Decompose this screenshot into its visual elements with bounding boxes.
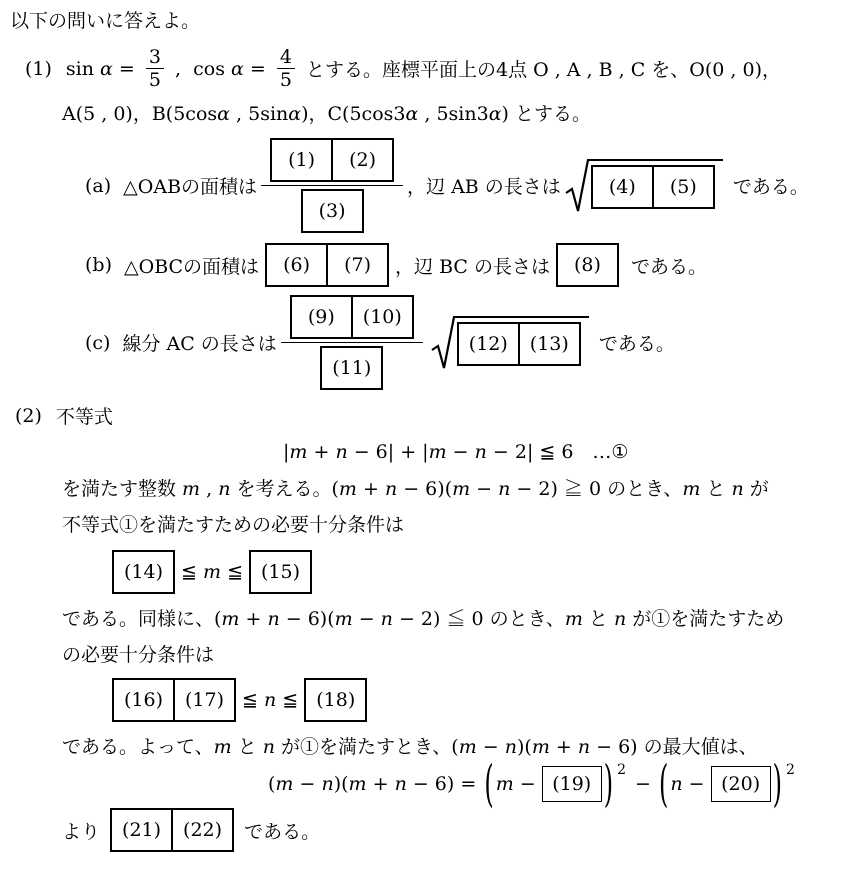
math-run: ≦ [221,561,249,583]
problem-2-line-2: 不等式①を満たすための必要十分条件は [62,512,404,538]
question-b-text-1: △OBCの面積は [124,252,259,279]
fraction-denominator: 5 [277,68,295,91]
question-b-text-3: である。 [625,252,707,279]
math-run: n [475,441,487,463]
math-run: m [182,476,200,502]
math-run: − 2) ≦ 0 のとき、 [393,606,565,632]
answer-box-18: (18) [304,678,367,722]
math-text: ≦ m ≦ [175,561,249,583]
math-run: n [218,476,230,502]
math-text: n − [670,773,710,795]
math-run: n [263,734,275,760]
boxed-fraction-c: (9) (10) (11) [281,295,423,390]
math-run: − [447,441,475,463]
math-run: m [565,606,583,632]
fraction-numerator: 3 [146,46,164,68]
answer-box-group: (4) (5) [591,165,715,209]
sqrt-expression-a: (4) (5) [565,157,723,215]
math-run: 不等式 [56,402,113,429]
math-text: ≦ n ≦ [236,689,304,711]
answer-box-21: (21) [110,808,173,852]
math-run: m [275,773,293,795]
math-run: n [505,734,517,760]
math-run: ，辺 AB の長さは [407,172,561,199]
answer-box-20: (20) [711,766,771,802]
math-run: − 2) ≧ 0 のとき、 [510,476,682,502]
math-run: − 2| ≦ 6 …① [487,437,629,464]
problem-2-line-5: である。よって、m と n が①を満たすとき、(m − n)(m + n − 6… [62,734,758,760]
n-range-expression: (16) (17) ≦ n ≦ (18) [112,678,847,722]
math-run: 線分 AC の長さは [122,329,276,356]
problem-1-label: (1) [25,58,52,80]
math-run: 不等式①を満たすための必要十分条件は [62,512,404,538]
math-run: △OBCの面積は [124,252,259,279]
math-run: n [385,476,397,502]
math-run: △OABの面積は [123,172,257,199]
intro-text: 以下の問いに答えよ。 [10,8,847,34]
math-run: ) とする。 [502,99,591,126]
answer-box-group: (8) [556,243,619,287]
question-c-text-1: 線分 AC の長さは [122,329,276,356]
math-run: と [700,476,731,502]
math-run: ≦ [276,689,304,711]
math-text: sin α = [66,58,141,80]
question-c-label: (c) [85,332,110,354]
math-run: n [498,476,510,502]
question-a-text-2: ，辺 AB の長さは [407,172,561,199]
math-run: m [203,561,221,583]
math-run: と [583,606,614,632]
math-run: − [353,606,381,632]
math-run: が [744,476,769,502]
math-run: α [405,103,418,125]
math-run: とする。座標平面上の4点 O , A , B , C を、O(0 , 0)， [300,55,781,82]
math-run: − [629,773,657,795]
math-run: , cos [169,58,231,80]
math-run: , 5sin3 [418,103,488,125]
math-run: m [459,734,477,760]
answer-box-17: (17) [173,678,236,722]
question-c: (c) 線分 AC の長さは (9) (10) (11) (12) (13) [85,295,847,390]
math-run: が①を満たすため [626,606,784,632]
math-run: m [289,441,307,463]
answer-box-22: (22) [171,808,234,852]
math-run: である。 [727,172,809,199]
problem-2-line-3: である。同様に、(m + n − 6)(m − n − 2) ≦ 0 のとき、m… [62,606,784,632]
math-text: である。 [238,817,320,844]
answer-box-group: (12) (13) [457,322,581,366]
math-run: ( [268,773,275,795]
math-run: m [339,476,357,502]
math-run: n [578,734,590,760]
math-run: m [349,773,367,795]
math-run: − 6) の最大値は、 [590,734,758,760]
answer-box-5: (5) [652,165,715,209]
math-run: m [532,734,550,760]
problem-2-line-4: の必要十分条件は [62,642,214,668]
math-run: α [231,58,244,80]
math-run: , 5sin [230,103,288,125]
math-run: + [307,441,335,463]
math-run: − 6)( [397,476,452,502]
math-run: A(5 , 0)，B(5cos [62,99,217,126]
math-run: が①を満たすとき、( [275,734,459,760]
question-b: (b) △OBCの面積は (6) (7) ，辺 BC の長さは (8) である。 [85,243,847,287]
answer-box-8: (8) [556,243,619,287]
final-answer-line: より (21) (22) である。 [62,808,847,852]
fraction-cos: 4 5 [277,46,295,91]
boxed-fraction-a: (1) (2) (3) [261,138,403,233]
boxed-fraction-numerator: (1) (2) [261,138,403,186]
fraction-denominator: 5 [146,68,164,91]
problem-2-line-1: を満たす整数 m , n を考える。(m + n − 6)(m − n − 2)… [62,476,769,502]
question-c-text-2: である。 [593,329,675,356]
math-run: m [496,773,514,795]
answer-box-14: (14) [112,550,175,594]
math-run: n [614,606,626,632]
math-run: n [321,773,333,795]
math-run: n [335,441,347,463]
math-run: − [470,476,498,502]
fraction-numerator: 4 [277,46,295,68]
math-text: とする。座標平面上の4点 O , A , B , C を、O(0 , 0)， [300,55,781,82]
problem-2-label: (2) [15,405,42,427]
math-run: である。 [625,252,707,279]
math-run: α [100,58,113,80]
math-run: より [62,817,106,844]
math-run: m [452,476,470,502]
answer-box-19: (19) [542,766,602,802]
math-run: − 6) = [407,773,483,795]
math-run: α [288,103,301,125]
math-run: = [244,58,272,80]
question-a: (a) △OABの面積は (1) (2) (3) ，辺 AB の長さは (4) … [85,138,847,233]
math-run: ≦ [175,561,203,583]
inequality-1-equation: |m + n − 6| + |m − n − 2| ≦ 6 …① [283,437,847,464]
big-right-paren: ) [773,759,782,808]
math-run: n [264,689,276,711]
math-run: と [232,734,263,760]
math-run: )，C(5cos3 [301,99,405,126]
math-run: m [429,441,447,463]
answer-box-7: (7) [326,243,389,287]
math-run: − [293,773,321,795]
answer-box-10: (10) [351,295,414,339]
big-right-paren: ) [604,759,613,808]
math-run: n [267,606,279,632]
math-run: − [683,773,711,795]
big-left-paren: ( [484,759,493,808]
math-run: m [335,606,353,632]
math-run: − 6| + | [348,441,429,463]
radical-sign-icon [565,157,589,215]
math-run: + [239,606,267,632]
math-text: m − [496,773,542,795]
math-run: sin [66,58,100,80]
answer-box-group: (16) (17) [112,678,236,722]
radical-sign-icon [431,314,455,372]
math-text: − [629,773,657,795]
question-a-text-3: である。 [727,172,809,199]
math-run: を満たす整数 [62,476,182,502]
math-run: = [113,58,141,80]
math-run: α [489,103,502,125]
math-run: n [670,773,682,795]
max-value-equation: (m − n)(m + n − 6) = ( m − (19) ) 2 − ( … [268,766,847,802]
math-run: を考える。( [230,476,338,502]
m-range-expression: (14) ≦ m ≦ (15) [112,550,847,594]
math-run: ≦ [236,689,264,711]
answer-box-9: (9) [290,295,353,339]
answer-box-group: (9) (10) [290,295,414,339]
math-text: |m + n − 6| + |m − n − 2| ≦ 6 …① [283,437,628,464]
math-text: (m − n)(m + n − 6) = [268,773,482,795]
math-run: + [367,773,395,795]
answer-box-11: (11) [320,346,383,390]
exam-document: 以下の問いに答えよ。 (1) sin α = 3 5 , cos α = 4 5… [0,0,847,876]
answer-box-group: (1) (2) [270,138,394,182]
math-run: ，辺 BC の長さは [395,252,550,279]
exponent-2: 2 [786,762,795,778]
problem-2-head-text: 不等式 [56,402,113,429]
math-run: の必要十分条件は [62,642,214,668]
radicand: (12) (13) [453,316,589,366]
problem-1-line-2: A(5 , 0)，B(5cosα , 5sinα)，C(5cos3α , 5si… [62,99,591,126]
answer-box-6: (6) [265,243,328,287]
math-run: である。 [238,817,320,844]
question-b-label: (b) [85,254,112,276]
question-b-text-2: ，辺 BC の長さは [395,252,550,279]
math-run: )( [517,734,532,760]
math-run: )( [334,773,349,795]
answer-box-12: (12) [457,322,520,366]
math-run: n [395,773,407,795]
boxed-fraction-denominator: (3) [301,189,364,233]
math-run: + [357,476,385,502]
math-run: m [221,606,239,632]
answer-box-13: (13) [518,322,581,366]
answer-box-2: (2) [331,138,394,182]
math-run: m [682,476,700,502]
answer-box-group: (6) (7) [265,243,389,287]
math-run: − 6)( [280,606,335,632]
answer-box-1: (1) [270,138,333,182]
math-run: m [214,734,232,760]
math-run: である。 [593,329,675,356]
math-run: + [550,734,578,760]
radicand: (4) (5) [587,159,723,209]
answer-box-group: (21) (22) [110,808,234,852]
math-run: である。よって、 [62,734,214,760]
problem-1-line-1: (1) sin α = 3 5 , cos α = 4 5 とする。座標平面上の… [25,46,847,91]
math-run: n [731,476,743,502]
boxed-fraction-denominator: (11) [320,346,383,390]
big-left-paren: ( [659,759,668,808]
answer-box-15: (15) [249,550,312,594]
math-run: n [381,606,393,632]
problem-2-heading: (2) 不等式 [15,402,847,429]
math-run: α [217,103,230,125]
math-text: より [62,817,106,844]
boxed-fraction-numerator: (9) (10) [281,295,423,343]
math-run: である。同様に、( [62,606,221,632]
answer-box-3: (3) [301,189,364,233]
math-run: , [200,476,218,502]
math-text: , cos α = [169,58,272,80]
sqrt-expression-c: (12) (13) [431,314,589,372]
answer-box-4: (4) [591,165,654,209]
exponent-2: 2 [617,762,626,778]
question-a-text-1: △OABの面積は [123,172,257,199]
math-run: − [514,773,542,795]
fraction-sin: 3 5 [146,46,164,91]
answer-box-16: (16) [112,678,175,722]
question-a-label: (a) [85,175,111,197]
